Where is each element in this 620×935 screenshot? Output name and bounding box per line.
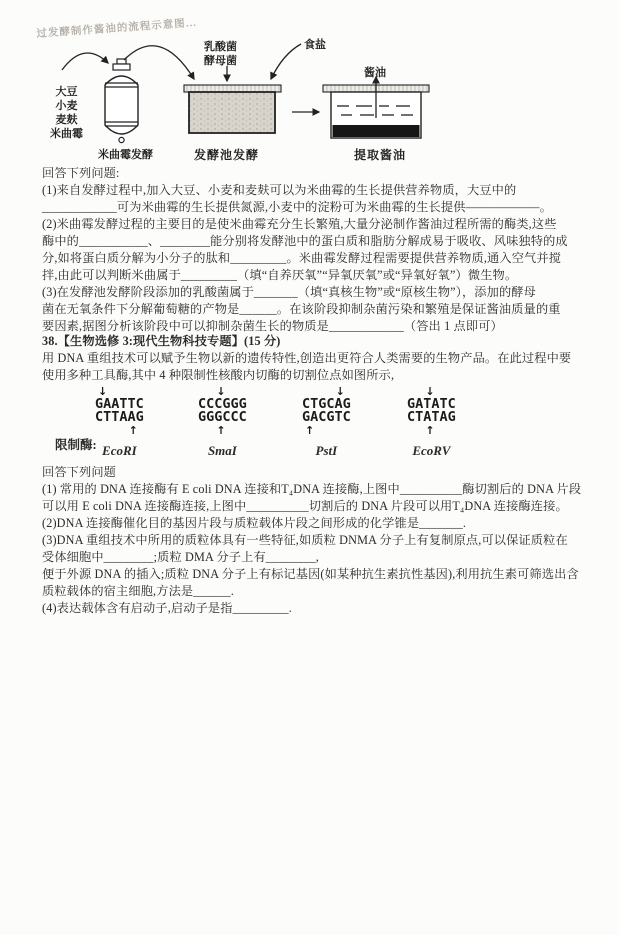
additive: 乳酸菌 <box>204 40 237 54</box>
sediment-layer <box>333 125 420 137</box>
q38-line: (2)DNA 连接酶催化目的基因片段与质粒载体片段之间形成的化学锥是______… <box>42 515 594 532</box>
input-material: 小麦 <box>50 99 83 113</box>
enzyme-ecori: ↓ GAATTC CTTAAG ↑ EcoRI <box>95 398 144 459</box>
restriction-enzyme-figure: 限制酶: ↓ GAATTC CTTAAG ↑ EcoRI ↓ CCCGGG GG… <box>55 387 525 459</box>
cut-arrow-down-icon: ↓ <box>425 387 434 396</box>
input-materials-list: 大豆 小麦 麦麸 米曲霉 <box>50 85 83 141</box>
q38-line: (4)表达载体含有启动子,启动子是指_________. <box>42 600 594 617</box>
q38-intro-line: 使用多种工具酶,其中 4 种限制性核酸内切酶的切割位点如图所示, <box>42 367 594 384</box>
input-material: 大豆 <box>50 85 83 99</box>
restriction-enzyme-axis-label: 限制酶: <box>55 435 97 453</box>
enzyme-name: PstI <box>302 443 351 459</box>
question-38-answers-block: 回答下列问题 (1) 常用的 DNA 连接酶有 E coli DNA 连接和T₄… <box>42 464 594 617</box>
stage2-label: 发酵池发酵 <box>194 146 259 163</box>
q38-intro-line: 用 DNA 重组技术可以赋予生物以新的遗传特性,创造出更符合人类需要的生物产品。… <box>42 350 594 367</box>
additive: 酵母菌 <box>204 54 237 68</box>
cut-arrow-up-icon: ↑ <box>425 426 434 435</box>
fermenter-vessel <box>105 59 138 143</box>
cut-arrow-down-icon: ↓ <box>216 387 225 396</box>
enzyme-name: EcoRI <box>95 443 144 459</box>
question-38-header-block: 38.【生物选修 3:现代生物科技专题】(15 分) 用 DNA 重组技术可以赋… <box>42 333 594 384</box>
q38-line: (3)DNA 重组技术中所用的质粒体具有一些特征,如质粒 DNMA 分子上有复制… <box>42 532 594 549</box>
answer-prompt: 回答下列问题: <box>42 165 594 182</box>
answer-prompt: 回答下列问题 <box>42 464 594 481</box>
question-38-title: 38.【生物选修 3:现代生物科技专题】(15 分) <box>42 333 594 350</box>
enzyme-ecorv: ↓ GATATC CTATAG ↑ EcoRV <box>407 398 456 459</box>
fermentation-pool <box>184 85 281 133</box>
recognition-site: ↓ CTGCAG GACGTC ↑ <box>302 398 351 423</box>
q38-line: 受体细胞中________;质粒 DMA 分子上有________, <box>42 549 594 566</box>
exam-page: 过发酵制作酱油的流程示意图… 大豆 小麦 麦麸 米曲霉 米曲霉发酵 乳酸菌 酵母… <box>0 0 620 935</box>
additives-label: 乳酸菌 酵母菌 <box>204 40 237 68</box>
recognition-site: ↓ GAATTC CTTAAG ↑ <box>95 398 144 423</box>
fermentation-process-diagram: 过发酵制作酱油的流程示意图… 大豆 小麦 麦麸 米曲霉 米曲霉发酵 乳酸菌 酵母… <box>38 22 468 170</box>
q38-line: (1) 常用的 DNA 连接酶有 E coli DNA 连接和T₄DNA 连接酶… <box>42 481 594 498</box>
arrow-salt-down <box>271 44 301 79</box>
input-material: 麦麸 <box>50 113 83 127</box>
q37-line: (3)在发酵池发酵阶段添加的乳酸菌属于_______（填“真核生物”或“原核生物… <box>42 284 594 301</box>
seq-bottom: GGGCCC <box>198 411 247 424</box>
cut-arrow-down-icon: ↓ <box>98 387 107 396</box>
salt-label: 食盐 <box>304 36 326 52</box>
cut-arrow-up-icon: ↑ <box>129 426 138 435</box>
input-material: 米曲霉 <box>50 127 83 141</box>
cut-arrow-up-icon: ↑ <box>216 426 225 435</box>
arrow-inputs-to-vessel <box>62 53 108 70</box>
cut-arrow-down-icon: ↓ <box>336 387 345 396</box>
recognition-site: ↓ GATATC CTATAG ↑ <box>407 398 456 423</box>
stage1-label: 米曲霉发酵 <box>98 146 153 162</box>
recognition-site: ↓ CCCGGG GGGCCC ↑ <box>198 398 247 423</box>
q37-line: 菌在无氧条件下分解葡萄糖的产物是______。在该阶段抑制杂菌污染和繁殖是保证酱… <box>42 301 594 318</box>
q37-line: ____________可为米曲霉的生长提供氮源,小麦中的淀粉可为米曲霉的生长提… <box>42 199 594 216</box>
q38-line: 质粒载体的宿主细胞,方法是______. <box>42 583 594 600</box>
question-37-block: 回答下列问题: (1)来自发酵过程中,加入大豆、小麦和麦麸可以为米曲霉的生长提供… <box>42 165 594 335</box>
q37-line: 分,如将蛋白质分解为小分子的肽和_________。米曲霉发酵过程需要提供营养物… <box>42 250 594 267</box>
soy-sauce-label: 酱油 <box>364 64 386 80</box>
q38-line: 便于外源 DNA 的插入;质粒 DNA 分子上有标记基因(如某种抗生素抗性基因)… <box>42 566 594 583</box>
q37-line: (2)米曲霉发酵过程的主要目的是使米曲霉充分生长繁殖,大量分泌制作酱油过程所需的… <box>42 216 594 233</box>
seq-bottom: GACGTC <box>302 411 351 424</box>
q37-line: (1)来自发酵过程中,加入大豆、小麦和麦麸可以为米曲霉的生长提供营养物质，大豆中… <box>42 182 594 199</box>
seq-bottom: CTATAG <box>407 411 456 424</box>
seq-bottom: CTTAAG <box>95 411 144 424</box>
q38-line: 可以用 E coli DNA 连接酶连接,上图中__________切割后的 D… <box>42 498 594 515</box>
stage3-label: 提取酱油 <box>354 146 406 163</box>
enzyme-name: EcoRV <box>407 443 456 459</box>
enzyme-smai: ↓ CCCGGG GGGCCC ↑ SmaI <box>198 398 247 459</box>
q37-line: 拌,由此可以判断米曲属于_________（填“自养厌氧”“异氧厌氧”或“异氧好… <box>42 267 594 284</box>
arrow-vessel-to-pool <box>124 46 194 79</box>
cut-arrow-up-icon: ↑ <box>305 426 314 435</box>
q37-line: 酶中的___________、________能分别将发酵池中的蛋白质和脂肪分解… <box>42 233 594 250</box>
enzyme-psti: ↓ CTGCAG GACGTC ↑ PstI <box>302 398 351 459</box>
enzyme-name: SmaI <box>198 443 247 459</box>
